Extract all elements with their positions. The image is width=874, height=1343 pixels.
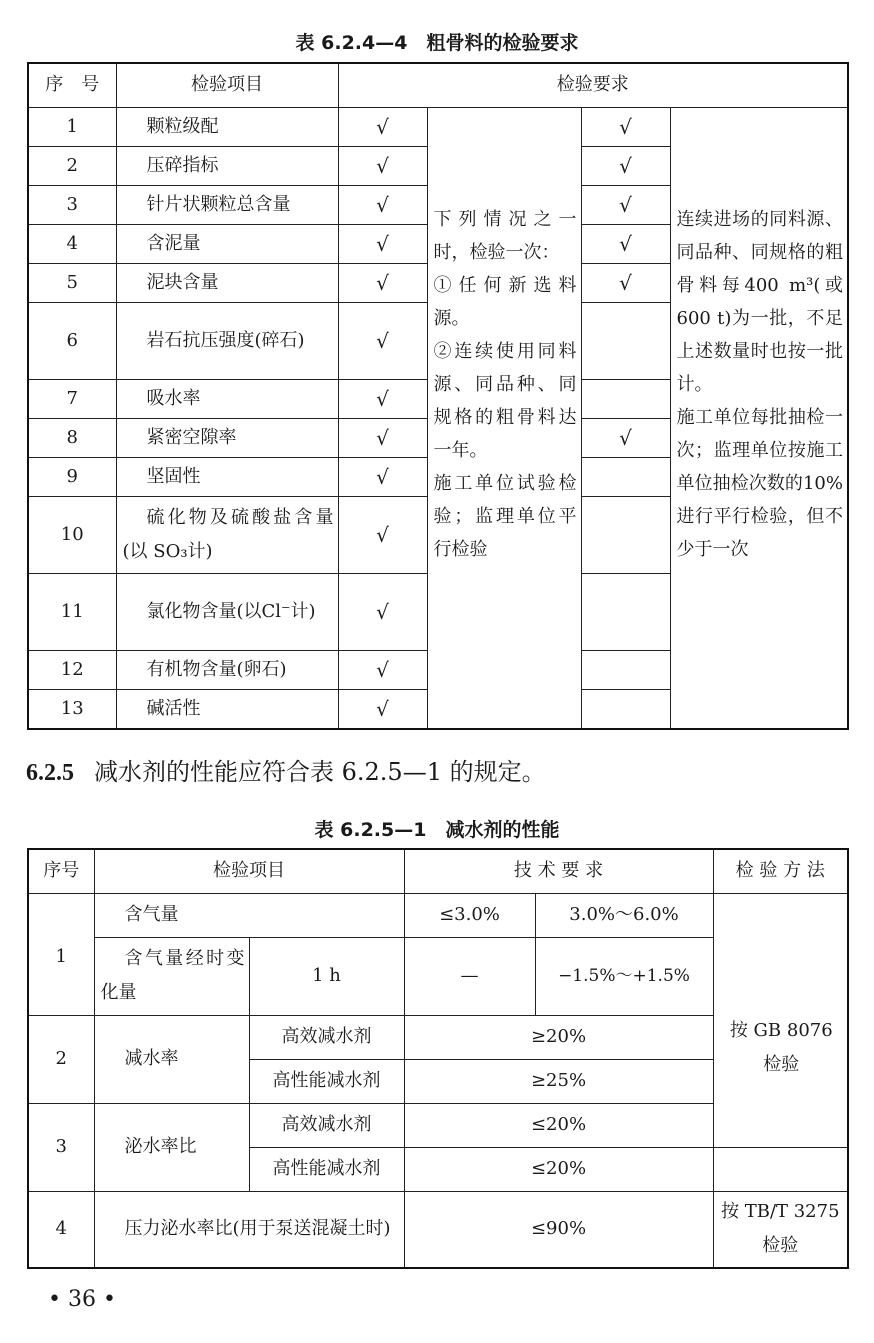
check-icon: √ [338, 457, 427, 496]
header-no: 序 号 [28, 63, 116, 107]
header-req: 检验要求 [338, 63, 848, 107]
check-icon: √ [338, 263, 427, 302]
water-reducer-table: 序号 检验项目 技 术 要 求 检 验 方 法 1 含气量 ≤3.0% 3.0%… [27, 848, 849, 1269]
header-item: 检验项目 [94, 849, 404, 893]
method-gb8076: 按 GB 8076 检验 [713, 893, 848, 1147]
row-item: 压力泌水率比(用于泵送混凝土时) [94, 1191, 404, 1268]
row-item: 碱活性 [116, 689, 338, 729]
value: ≤90% [404, 1191, 713, 1268]
row-no: 2 [28, 146, 116, 185]
check-cell [581, 379, 670, 418]
section-text: 减水剂的性能应符合表 6.2.5—1 的规定。 [94, 758, 546, 786]
sub-item: 高效减水剂 [249, 1103, 404, 1147]
check-cell [581, 457, 670, 496]
row-item: 紧密空隙率 [116, 418, 338, 457]
check-icon: √ [581, 185, 670, 224]
row-item: 含气量经时变化量 [94, 937, 249, 1015]
check-icon: √ [338, 418, 427, 457]
check-icon: √ [338, 379, 427, 418]
check-icon: √ [581, 418, 670, 457]
header-item: 检验项目 [116, 63, 338, 107]
row-no: 9 [28, 457, 116, 496]
check-icon: √ [338, 573, 427, 650]
check-icon: √ [581, 263, 670, 302]
row-no: 4 [28, 224, 116, 263]
row-no: 1 [28, 893, 94, 1015]
check-icon: √ [581, 107, 670, 146]
row-no: 12 [28, 650, 116, 689]
row-item: 含气量 [94, 893, 404, 937]
header-no: 序号 [28, 849, 94, 893]
check-icon: √ [338, 689, 427, 729]
row-no: 3 [28, 185, 116, 224]
row-no: 4 [28, 1191, 94, 1268]
row-no: 6 [28, 302, 116, 379]
section-number: 6.2.5 [26, 760, 74, 786]
row-item: 硫化物及硫酸盐含量(以 SO₃计) [116, 496, 338, 573]
check-icon: √ [338, 496, 427, 573]
check-icon: √ [338, 224, 427, 263]
row-no: 1 [28, 107, 116, 146]
value: ≤20% [404, 1147, 713, 1191]
value: — [404, 937, 535, 1015]
frequency-note: 下列情况之一时，检验一次： ①任何新选料源。 ②连续使用同料源、同品种、同规格的… [427, 107, 581, 729]
row-item: 泌水率比 [94, 1103, 249, 1191]
page-number: • 36 • [48, 1287, 116, 1312]
sub-item: 高效减水剂 [249, 1015, 404, 1059]
batch-note: 连续进场的同料源、同品种、同规格的粗骨料每400 m³(或600 t)为一批，不… [670, 107, 848, 729]
row-no: 8 [28, 418, 116, 457]
sub-item: 高性能减水剂 [249, 1147, 404, 1191]
check-icon: √ [338, 650, 427, 689]
row-item: 吸水率 [116, 379, 338, 418]
row-no: 13 [28, 689, 116, 729]
row-item: 含泥量 [116, 224, 338, 263]
row-item: 坚固性 [116, 457, 338, 496]
table2-caption: 表 6.2.5—1 减水剂的性能 [0, 815, 874, 842]
table1-caption: 表 6.2.4—4 粗骨料的检验要求 [0, 28, 874, 55]
row-no: 11 [28, 573, 116, 650]
row-item: 压碎指标 [116, 146, 338, 185]
value: ≥20% [404, 1015, 713, 1059]
row-no: 10 [28, 496, 116, 573]
sub-item: 1 h [249, 937, 404, 1015]
check-icon: √ [581, 224, 670, 263]
value: ≤20% [404, 1103, 713, 1147]
check-cell [581, 650, 670, 689]
header-req: 技 术 要 求 [404, 849, 713, 893]
row-no: 3 [28, 1103, 94, 1191]
sub-item: 高性能减水剂 [249, 1059, 404, 1103]
value: 3.0%～6.0% [535, 893, 713, 937]
row-item: 泥块含量 [116, 263, 338, 302]
check-icon: √ [581, 146, 670, 185]
method-tb3275: 按 TB/T 3275 检验 [713, 1191, 848, 1268]
check-cell [581, 302, 670, 379]
check-cell [581, 573, 670, 650]
value: −1.5%～+1.5% [535, 937, 713, 1015]
value: ≥25% [404, 1059, 713, 1103]
check-icon: √ [338, 146, 427, 185]
row-item: 颗粒级配 [116, 107, 338, 146]
row-item: 有机物含量(卵石) [116, 650, 338, 689]
coarse-aggregate-table: 序 号 检验项目 检验要求 1颗粒级配√ 下列情况之一时，检验一次： ①任何新选… [27, 62, 849, 730]
row-item: 针片状颗粒总含量 [116, 185, 338, 224]
row-item: 岩石抗压强度(碎石) [116, 302, 338, 379]
row-item: 减水率 [94, 1015, 249, 1103]
value: ≤3.0% [404, 893, 535, 937]
check-icon: √ [338, 107, 427, 146]
row-no: 5 [28, 263, 116, 302]
check-icon: √ [338, 185, 427, 224]
check-cell [581, 496, 670, 573]
row-item: 氯化物含量(以Cl⁻计) [116, 573, 338, 650]
check-cell [581, 689, 670, 729]
row-no: 2 [28, 1015, 94, 1103]
header-method: 检 验 方 法 [713, 849, 848, 893]
check-icon: √ [338, 302, 427, 379]
row-no: 7 [28, 379, 116, 418]
section-heading: 6.2.5减水剂的性能应符合表 6.2.5—1 的规定。 [26, 752, 546, 787]
